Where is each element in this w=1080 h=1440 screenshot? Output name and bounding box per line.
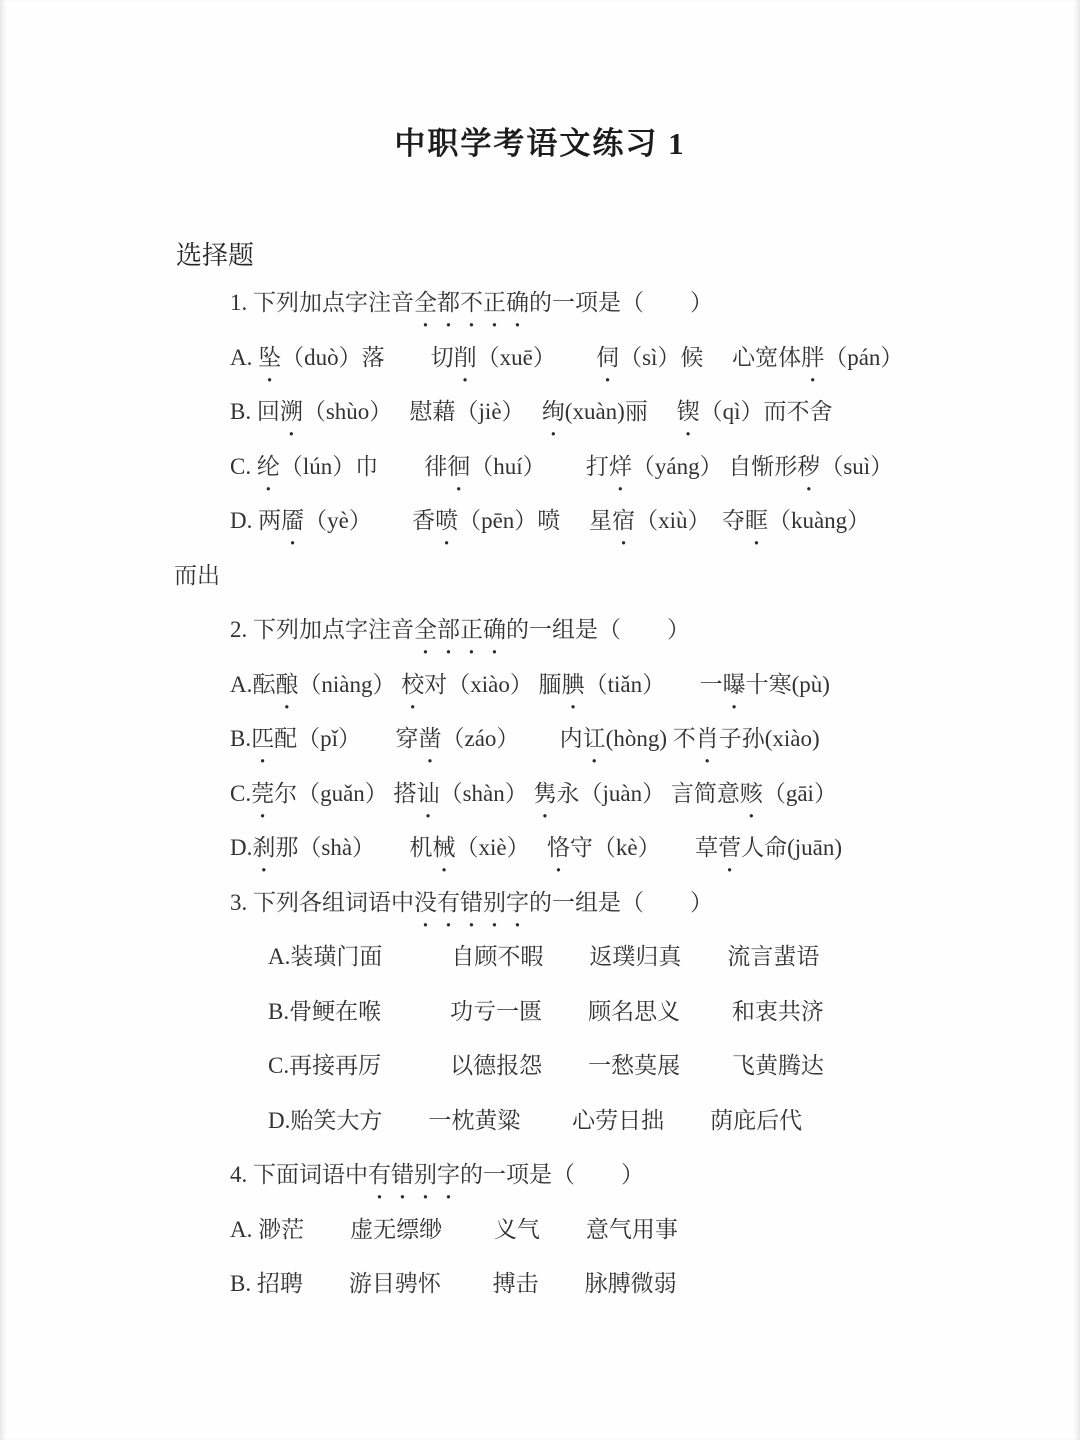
emphasized-char: 讪 <box>417 767 440 822</box>
text-run: （gāi） <box>763 781 837 806</box>
text-run: C. <box>230 454 257 479</box>
emphasized-char: 校 <box>401 658 424 713</box>
emphasized-char: 菅 <box>718 821 741 876</box>
emphasized-char: 字 <box>437 1148 460 1203</box>
text-run: D. 两 <box>230 508 281 533</box>
question-stem: 3. 下列各组词语中没有错别字的一组是（ ） <box>0 876 1080 931</box>
text-run: 对（xiào） 腼 <box>424 672 561 697</box>
emphasized-char: 确 <box>483 603 506 658</box>
text-run: （xuē） <box>477 345 596 370</box>
text-run: A. 渺茫 虚无缥缈 义气 意气用事 <box>230 1217 678 1242</box>
text-run: 守（kè） 草 <box>570 835 718 860</box>
text-run: A. <box>230 345 258 370</box>
text-run: (xuàn)丽 <box>565 399 677 424</box>
emphasized-char: 烊 <box>609 440 632 495</box>
text-run: D. <box>230 835 252 860</box>
text-run: （duò）落 切 <box>281 345 454 370</box>
option-line: D.刹那（shà） 机械（xiè） 恪守（kè） 草菅人命(juān) <box>0 821 1080 876</box>
text-run: （sì）候 心宽体 <box>619 345 801 370</box>
text-run: 尔（guǎn） 搭 <box>274 781 416 806</box>
emphasized-char: 隽 <box>533 767 556 822</box>
emphasized-char: 刹 <box>252 821 275 876</box>
emphasized-char: 削 <box>454 331 477 386</box>
emphasized-char: 全 <box>414 276 437 331</box>
text-run: （pēn）喷 星 <box>458 508 612 533</box>
emphasized-char: 莞 <box>251 767 274 822</box>
emphasized-char: 宿 <box>612 494 635 549</box>
text-run: （xiè） <box>456 835 547 860</box>
text-run: （záo） 内 <box>441 726 582 751</box>
text-run: （xiù） 夺 <box>635 508 745 533</box>
document-lines: 1. 下列加点字注音全都不正确的一项是（ ）A. 坠（duò）落 切削（xuē）… <box>0 276 1080 1312</box>
emphasized-char: 喷 <box>435 494 458 549</box>
page-title: 中职学考语文练习 1 <box>0 0 1080 163</box>
emphasized-char: 匹 <box>251 712 274 767</box>
text-run: 3. 下列各组词语中 <box>230 890 414 915</box>
text-run: 那（shà） 机 <box>275 835 432 860</box>
emphasized-char: 正 <box>460 603 483 658</box>
emphasized-char: 绚 <box>542 385 565 440</box>
option-line: B. 招聘 游目骋怀 搏击 脉膊微弱 <box>0 1257 1080 1312</box>
text-run: 的一项是（ ） <box>529 290 713 315</box>
emphasized-char: 不 <box>460 276 483 331</box>
emphasized-char: 凿 <box>418 712 441 767</box>
option-line: A.装璜门面 自顾不暇 返璞归真 流言蜚语 <box>0 930 1080 985</box>
emphasized-char: 都 <box>437 276 460 331</box>
text-run: (hòng) 不 <box>606 726 696 751</box>
text-run: 十寒(pù) <box>746 672 830 697</box>
text-run: （yè） 香 <box>304 508 435 533</box>
emphasized-char: 徊 <box>447 440 470 495</box>
text-run: 1. 下列加点字注音 <box>230 290 414 315</box>
text-run: D.贻笑大方 一枕黄粱 心劳日拙 荫庇后代 <box>268 1108 802 1133</box>
option-line: B.匹配（pǐ） 穿凿（záo） 内讧(hòng) 不肖子孙(xiào) <box>0 712 1080 767</box>
emphasized-char: 字 <box>506 876 529 931</box>
text-run: 子孙(xiào) <box>719 726 820 751</box>
emphasized-char: 坠 <box>258 331 281 386</box>
option-line: B. 回溯（shùo） 慰藉（jiè） 绚(xuàn)丽 锲（qì）而不舍 <box>0 385 1080 440</box>
text-run: （huí） 打 <box>470 454 609 479</box>
text-run: （pán） <box>824 345 903 370</box>
option-line: A.酝酿（niàng） 校对（xiào） 腼腆（tiǎn） 一曝十寒(pù) <box>0 658 1080 713</box>
text-run: B. 招聘 游目骋怀 搏击 脉膊微弱 <box>230 1271 677 1296</box>
text-run: 的一项是（ ） <box>460 1162 644 1187</box>
emphasized-char: 讧 <box>583 712 606 767</box>
emphasized-char: 胖 <box>801 331 824 386</box>
emphasized-char: 有 <box>368 1148 391 1203</box>
option-line: B.骨鲠在喉 功亏一匮 顾名思义 和衷共济 <box>0 985 1080 1040</box>
text-run: 配（pǐ） 穿 <box>274 726 418 751</box>
emphasized-char: 曝 <box>723 658 746 713</box>
emphasized-char: 没 <box>414 876 437 931</box>
text-run: （qì）而不舍 <box>700 399 833 424</box>
option-line: D.贻笑大方 一枕黄粱 心劳日拙 荫庇后代 <box>0 1094 1080 1149</box>
emphasized-char: 锲 <box>677 385 700 440</box>
question-stem: 4. 下面词语中有错别字的一项是（ ） <box>0 1148 1080 1203</box>
text-run: 而出 <box>174 563 220 588</box>
text-run: A.酝 <box>230 672 275 697</box>
option-line: D. 两靥（yè） 香喷（pēn）喷 星宿（xiù） 夺眶（kuàng） <box>0 494 1080 549</box>
continuation-line: 而出 <box>0 549 1080 604</box>
option-line: C.再接再厉 以德报怨 一愁莫展 飞黄腾达 <box>0 1039 1080 1094</box>
emphasized-char: 别 <box>414 1148 437 1203</box>
section-heading: 选择题 <box>176 235 1080 272</box>
emphasized-char: 错 <box>391 1148 414 1203</box>
emphasized-char: 腆 <box>562 658 585 713</box>
question-stem: 2. 下列加点字注音全部正确的一组是（ ） <box>0 603 1080 658</box>
emphasized-char: 赅 <box>740 767 763 822</box>
text-run: （suì） <box>820 454 893 479</box>
text-run: 永（juàn） 言简意 <box>556 781 739 806</box>
text-run: C.再接再厉 以德报怨 一愁莫展 飞黄腾达 <box>268 1053 824 1078</box>
text-run: （tiǎn） 一 <box>585 672 723 697</box>
emphasized-char: 错 <box>460 876 483 931</box>
text-run: （yáng） 自惭形 <box>632 454 797 479</box>
emphasized-char: 眶 <box>745 494 768 549</box>
emphasized-char: 靥 <box>281 494 304 549</box>
option-line: A. 坠（duò）落 切削（xuē） 伺（sì）候 心宽体胖（pán） <box>0 331 1080 386</box>
text-run: B. <box>230 726 251 751</box>
text-run: （kuàng） <box>768 508 870 533</box>
text-run: （shùo） 慰藉（jiè） <box>303 399 542 424</box>
emphasized-char: 械 <box>433 821 456 876</box>
emphasized-char: 伺 <box>596 331 619 386</box>
emphasized-char: 正 <box>483 276 506 331</box>
emphasized-char: 恪 <box>547 821 570 876</box>
text-run: B. 回 <box>230 399 280 424</box>
emphasized-char: 别 <box>483 876 506 931</box>
emphasized-char: 部 <box>437 603 460 658</box>
text-run: 的一组是（ ） <box>506 617 690 642</box>
emphasized-char: 酿 <box>275 658 298 713</box>
question-stem: 1. 下列加点字注音全都不正确的一项是（ ） <box>0 276 1080 331</box>
text-run: （shàn） <box>440 781 534 806</box>
text-run: A.装璜门面 自顾不暇 返璞归真 流言蜚语 <box>268 944 819 969</box>
text-run: B.骨鲠在喉 功亏一匮 顾名思义 和衷共济 <box>268 999 824 1024</box>
emphasized-char: 有 <box>437 876 460 931</box>
text-run: 2. 下列加点字注音 <box>230 617 414 642</box>
emphasized-char: 全 <box>414 603 437 658</box>
emphasized-char: 溯 <box>280 385 303 440</box>
option-line: A. 渺茫 虚无缥缈 义气 意气用事 <box>0 1203 1080 1258</box>
emphasized-char: 纶 <box>257 440 280 495</box>
emphasized-char: 肖 <box>696 712 719 767</box>
option-line: C.莞尔（guǎn） 搭讪（shàn） 隽永（juàn） 言简意赅（gāi） <box>0 767 1080 822</box>
option-line: C. 纶（lún）巾 徘徊（huí） 打烊（yáng） 自惭形秽（suì） <box>0 440 1080 495</box>
text-run: （lún）巾 徘 <box>280 454 447 479</box>
emphasized-char: 确 <box>506 276 529 331</box>
emphasized-char: 秽 <box>797 440 820 495</box>
text-run: 4. 下面词语中 <box>230 1162 368 1187</box>
document-page: 中职学考语文练习 1 选择题 1. 下列加点字注音全都不正确的一项是（ ）A. … <box>0 0 1080 1440</box>
text-run: C. <box>230 781 251 806</box>
text-run: 的一组是（ ） <box>529 890 713 915</box>
text-run: （niàng） <box>298 672 401 697</box>
text-run: 人命(juān) <box>741 835 842 860</box>
